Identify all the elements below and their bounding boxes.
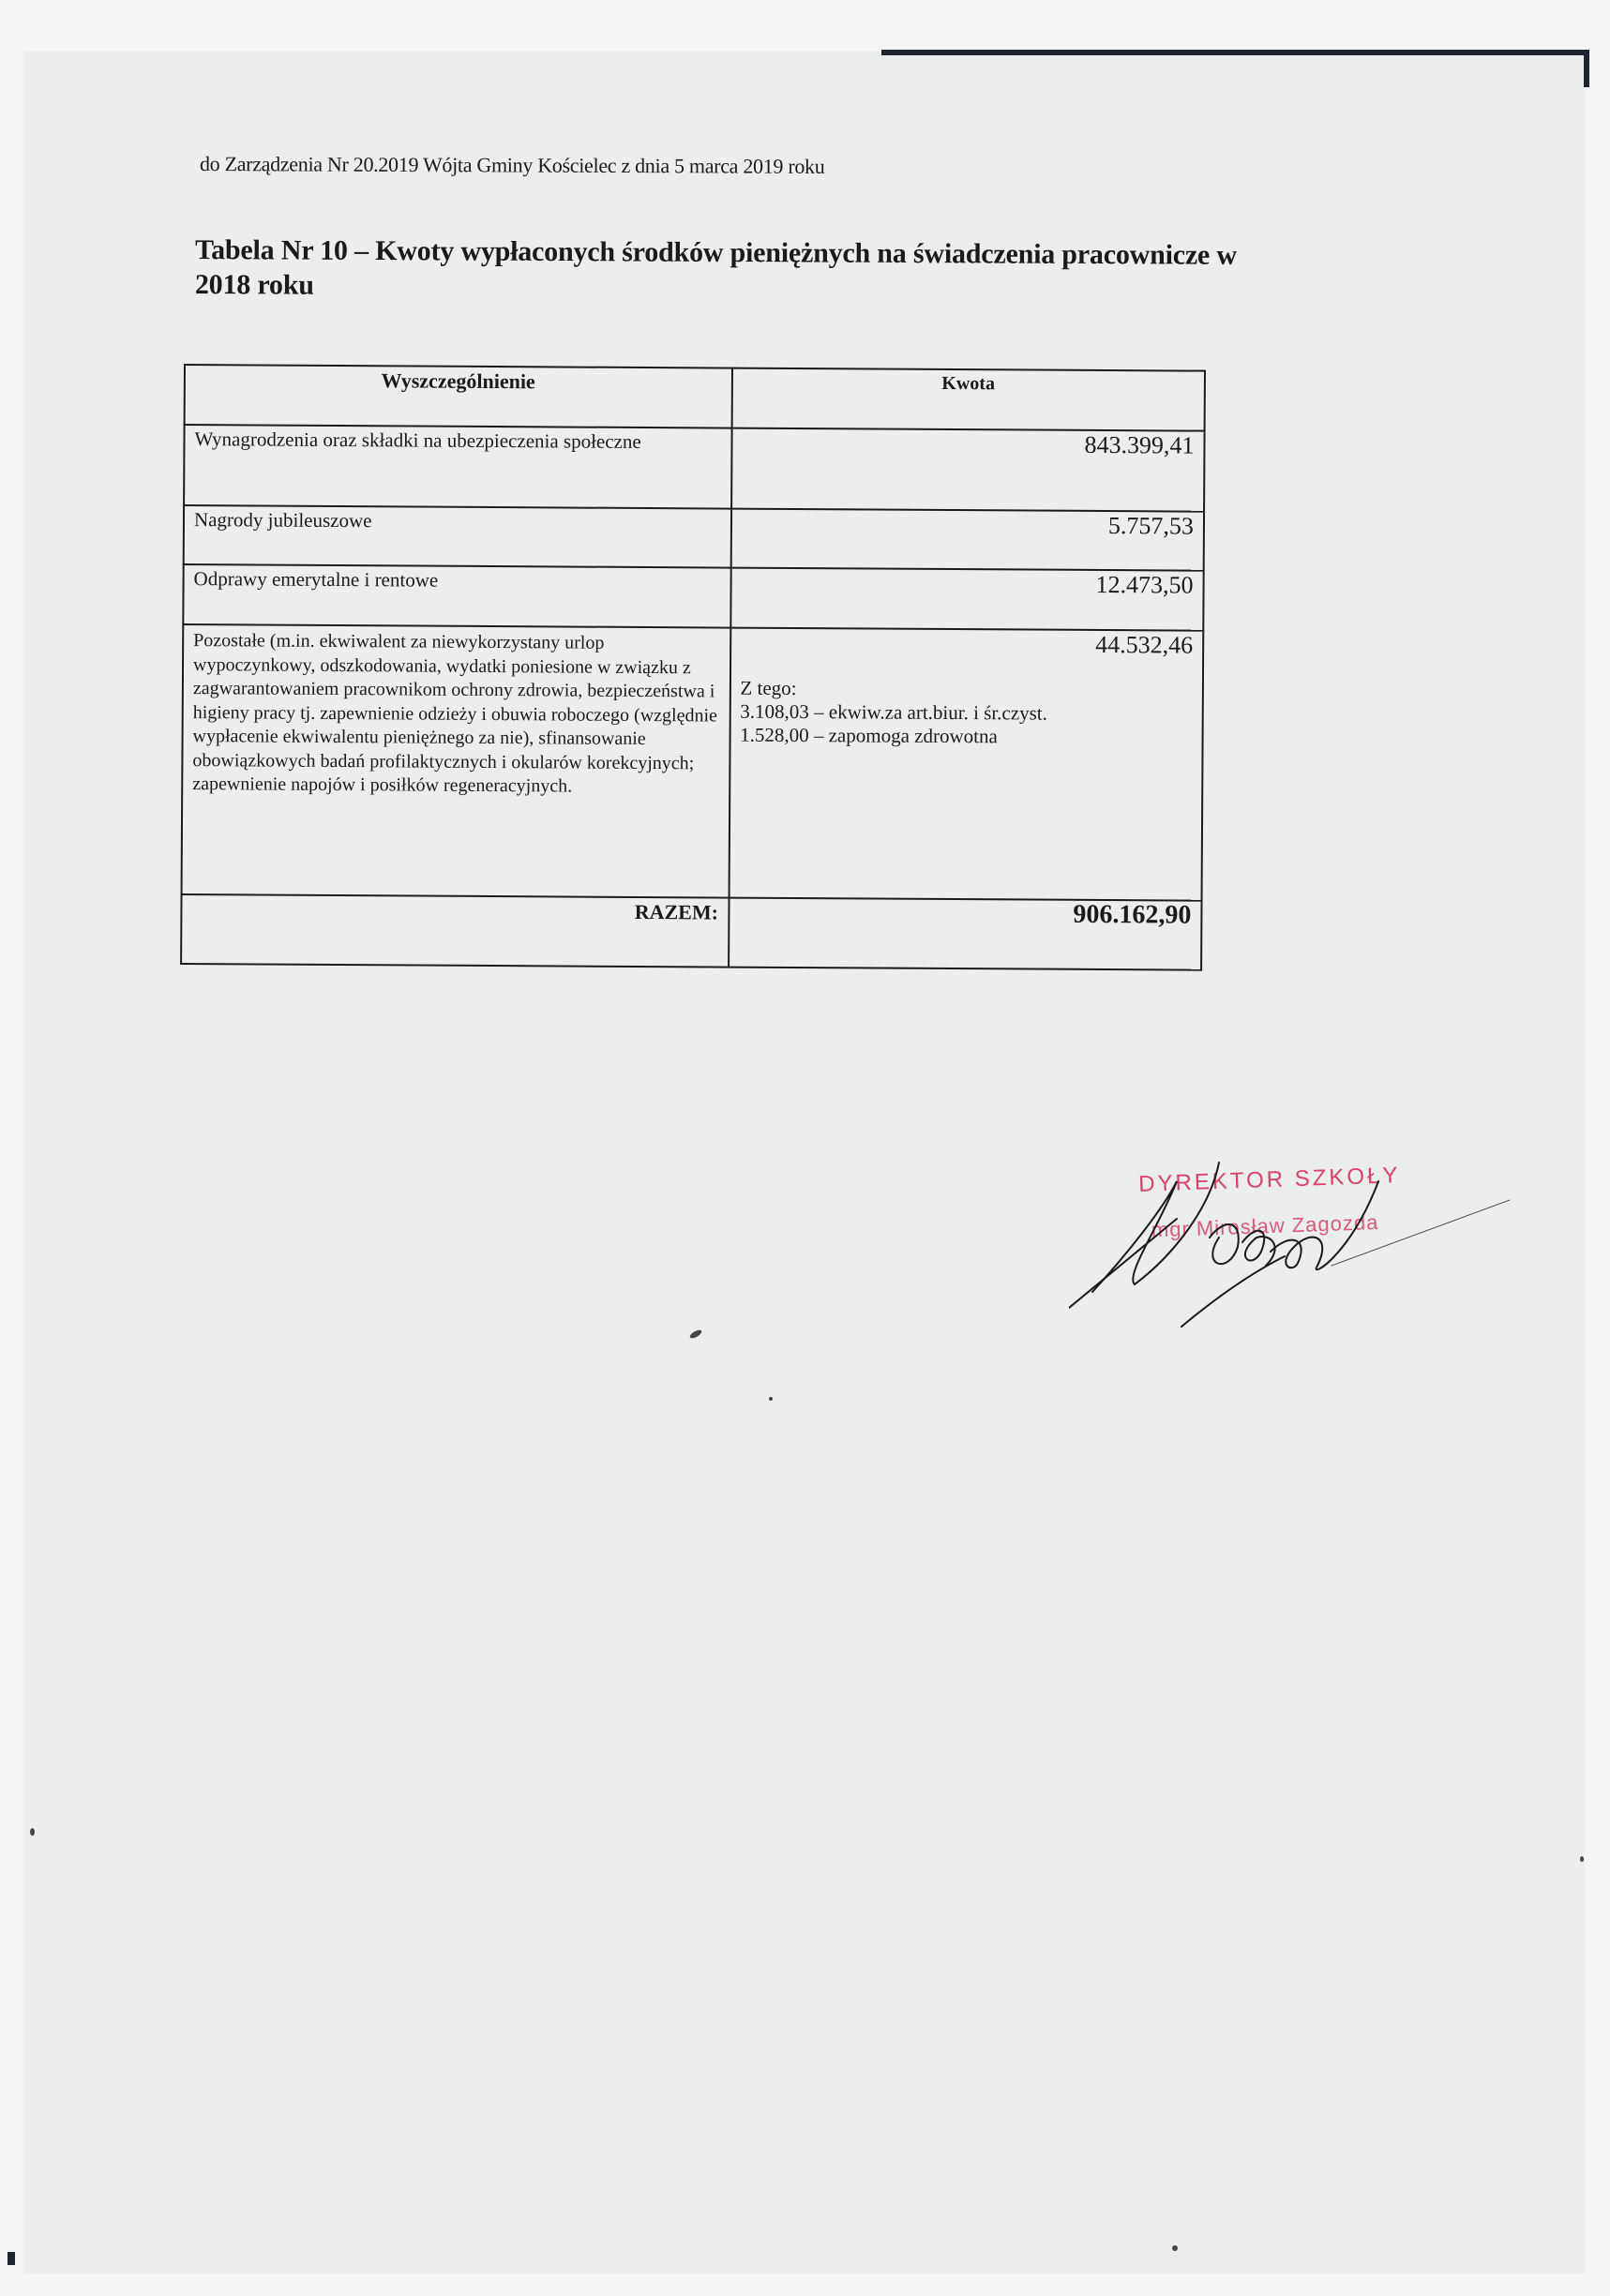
table-row: Nagrody jubileuszowe 5.757,53 — [184, 505, 1204, 571]
total-label: RAZEM: — [181, 894, 729, 968]
breakdown-item: 1.528,00 – zapomoga zdrowotna — [740, 724, 1193, 750]
document-header-reference: do Zarządzenia Nr 20.2019 Wójta Gminy Ko… — [200, 152, 825, 179]
scan-speck — [1580, 1856, 1584, 1862]
row-amount: 5.757,53 — [730, 509, 1204, 571]
table-row: Wynagrodzenia oraz składki na ubezpiecze… — [184, 425, 1205, 512]
column-header-description: Wyszczególnienie — [185, 365, 732, 428]
breakdown-item: 3.108,03 – ekwiw.za art.biur. i śr.czyst… — [740, 700, 1193, 727]
scan-mark — [8, 2252, 15, 2265]
scan-edge-top — [881, 50, 1589, 55]
row-description: Nagrody jubileuszowe — [184, 505, 731, 568]
row-amount: 12.473,50 — [730, 568, 1204, 631]
total-amount: 906.162,90 — [729, 898, 1202, 970]
row-description: Odprawy emerytalne i rentowe — [183, 564, 730, 628]
row-amount: 843.399,41 — [731, 428, 1205, 512]
title-line-2: 2018 roku — [195, 267, 1414, 308]
document-title: Tabela Nr 10 – Kwoty wypłaconych środków… — [195, 233, 1414, 308]
benefits-table: Wyszczególnienie Kwota Wynagrodzenia ora… — [180, 364, 1206, 971]
table-row: Odprawy emerytalne i rentowe 12.473,50 — [183, 564, 1203, 631]
breakdown-label: Z tego: — [740, 677, 1193, 703]
scan-speck — [30, 1828, 35, 1836]
row-description: Wynagrodzenia oraz składki na ubezpiecze… — [184, 425, 731, 509]
table-row: Pozostałe (m.in. ekwiwalent za niewykorz… — [182, 624, 1204, 901]
scan-speck — [1172, 2245, 1178, 2251]
scan-edge-right — [1584, 50, 1589, 87]
row-amount: 44.532,46 — [741, 631, 1194, 657]
column-header-amount: Kwota — [731, 368, 1205, 431]
handwritten-signature-icon — [1069, 1144, 1519, 1331]
row-amount-cell: 44.532,46 Z tego: 3.108,03 – ekwiw.za ar… — [729, 628, 1203, 901]
table-header-row: Wyszczególnienie Kwota — [185, 365, 1205, 431]
table-total-row: RAZEM: 906.162,90 — [181, 894, 1201, 970]
title-line-1: Tabela Nr 10 – Kwoty wypłaconych środków… — [195, 233, 1414, 274]
amount-breakdown: Z tego: 3.108,03 – ekwiw.za art.biur. i … — [740, 677, 1193, 750]
scan-speck — [769, 1397, 773, 1401]
row-description: Pozostałe (m.in. ekwiwalent za niewykorz… — [182, 624, 730, 898]
